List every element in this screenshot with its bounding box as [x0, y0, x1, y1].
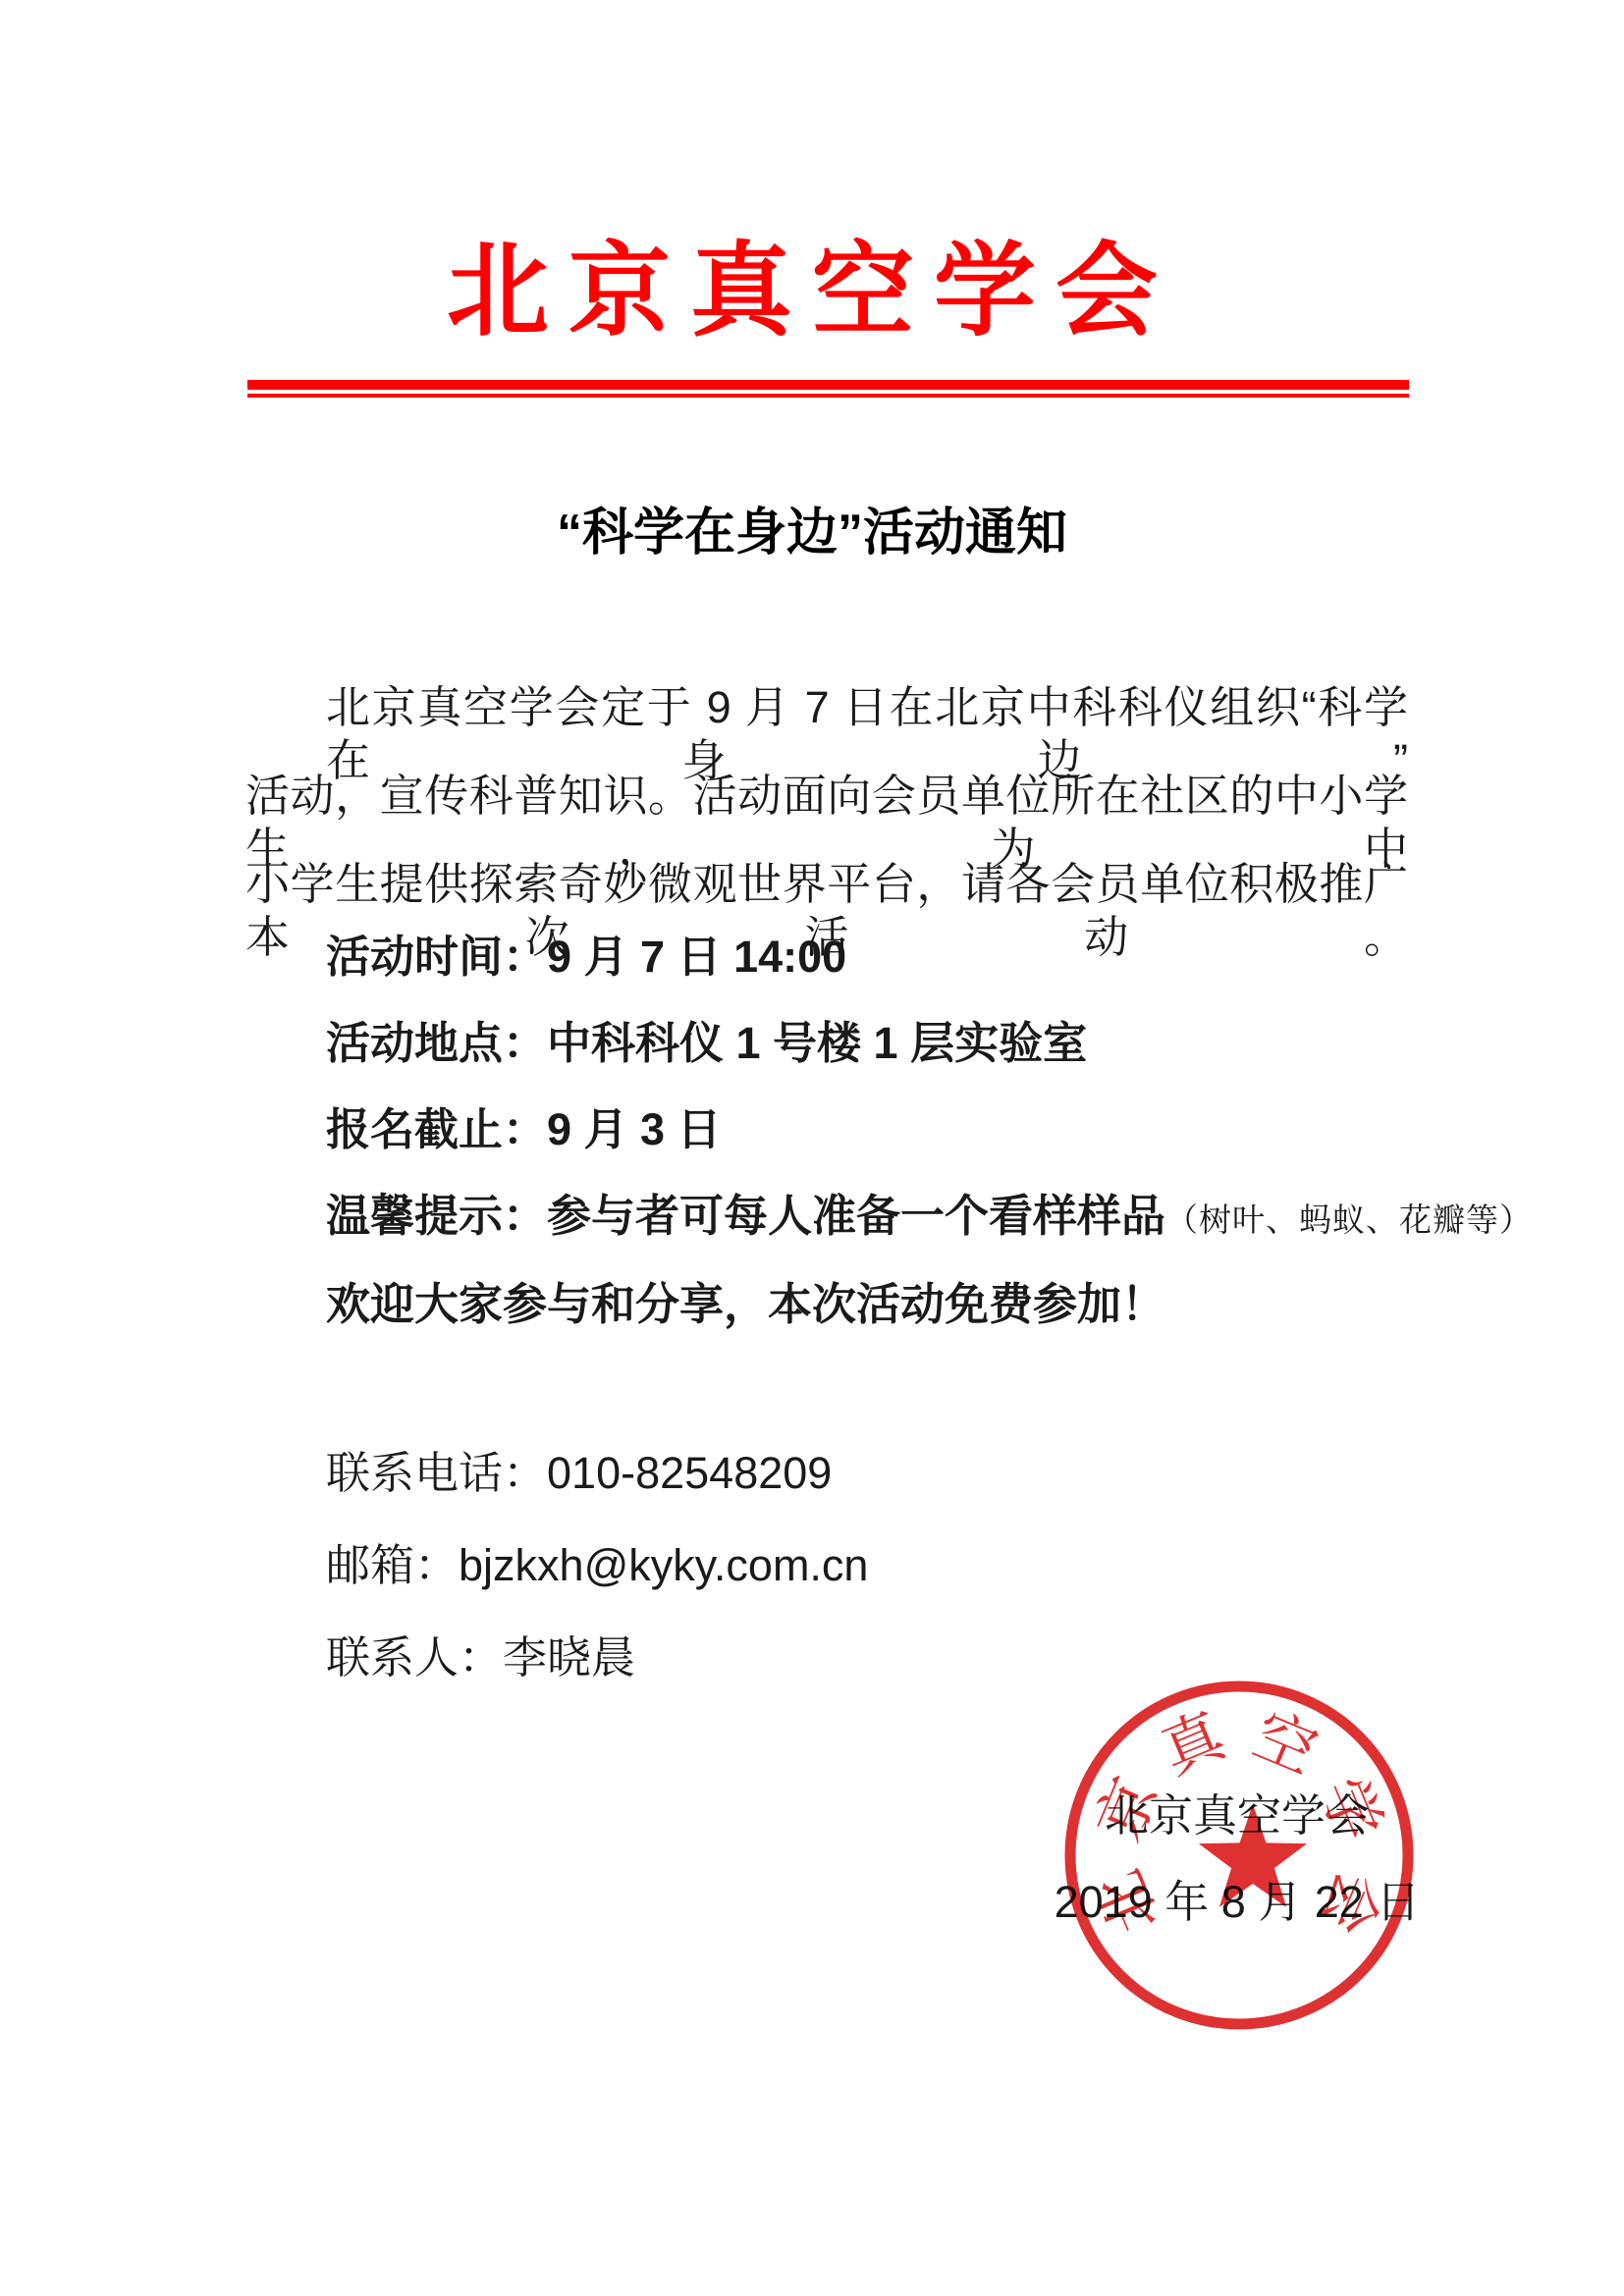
contact-person-label: 联系人：	[326, 1632, 503, 1682]
tip-note-text: （树叶、蚂蚁、花瓣等）	[1165, 1201, 1533, 1238]
contact-phone-line: 联系电话：010-82548209	[245, 1447, 1408, 1500]
contact-email-value: bjzkxh@kyky.com.cn	[459, 1540, 868, 1590]
contact-phone-label: 联系电话：	[326, 1448, 547, 1498]
contact-email-label: 邮箱：	[326, 1540, 459, 1590]
signup-deadline-line: 报名截止：9 月 3 日	[245, 1103, 1408, 1156]
stamp-char: 北	[1086, 1861, 1171, 1944]
letterhead-double-rule	[247, 380, 1409, 398]
tip-main-text: 温馨提示：参与者可每人准备一个看样样品	[326, 1191, 1165, 1241]
activity-location-line: 活动地点：中科科仪 1 号楼 1 层实验室	[245, 1017, 1408, 1070]
contact-phone-value: 010-82548209	[547, 1448, 832, 1498]
stamp-arc-text: 北 京 真 空 学 会	[1086, 1701, 1392, 1943]
contact-email-line: 邮箱：bjzkxh@kyky.com.cn	[245, 1539, 1408, 1592]
contact-person-value: 李晓晨	[503, 1632, 635, 1682]
activity-time-line: 活动时间：9 月 7 日 14:00	[245, 931, 1408, 984]
tip-line: 温馨提示：参与者可每人准备一个看样样品（树叶、蚂蚁、花瓣等）	[245, 1190, 1408, 1243]
star-icon	[1199, 1804, 1307, 1907]
welcome-line: 欢迎大家参与和分享，本次活动免费参加！	[245, 1278, 1408, 1331]
stamp-char: 空	[1244, 1702, 1326, 1788]
stamp-char: 真	[1153, 1701, 1236, 1787]
stamp-char: 会	[1307, 1861, 1392, 1944]
seal-stamp: 北 京 真 空 学 会	[1053, 1669, 1426, 2042]
letterhead-org-title: 北京真空学会	[0, 234, 1624, 351]
notice-title: “科学在身边”活动通知	[0, 505, 1624, 563]
document-page: 北京真空学会 “科学在身边”活动通知 北京真空学会定于 9 月 7 日在北京中科…	[0, 0, 1624, 2296]
stamp-char: 京	[1086, 1769, 1171, 1850]
stamp-char: 学	[1307, 1769, 1392, 1850]
